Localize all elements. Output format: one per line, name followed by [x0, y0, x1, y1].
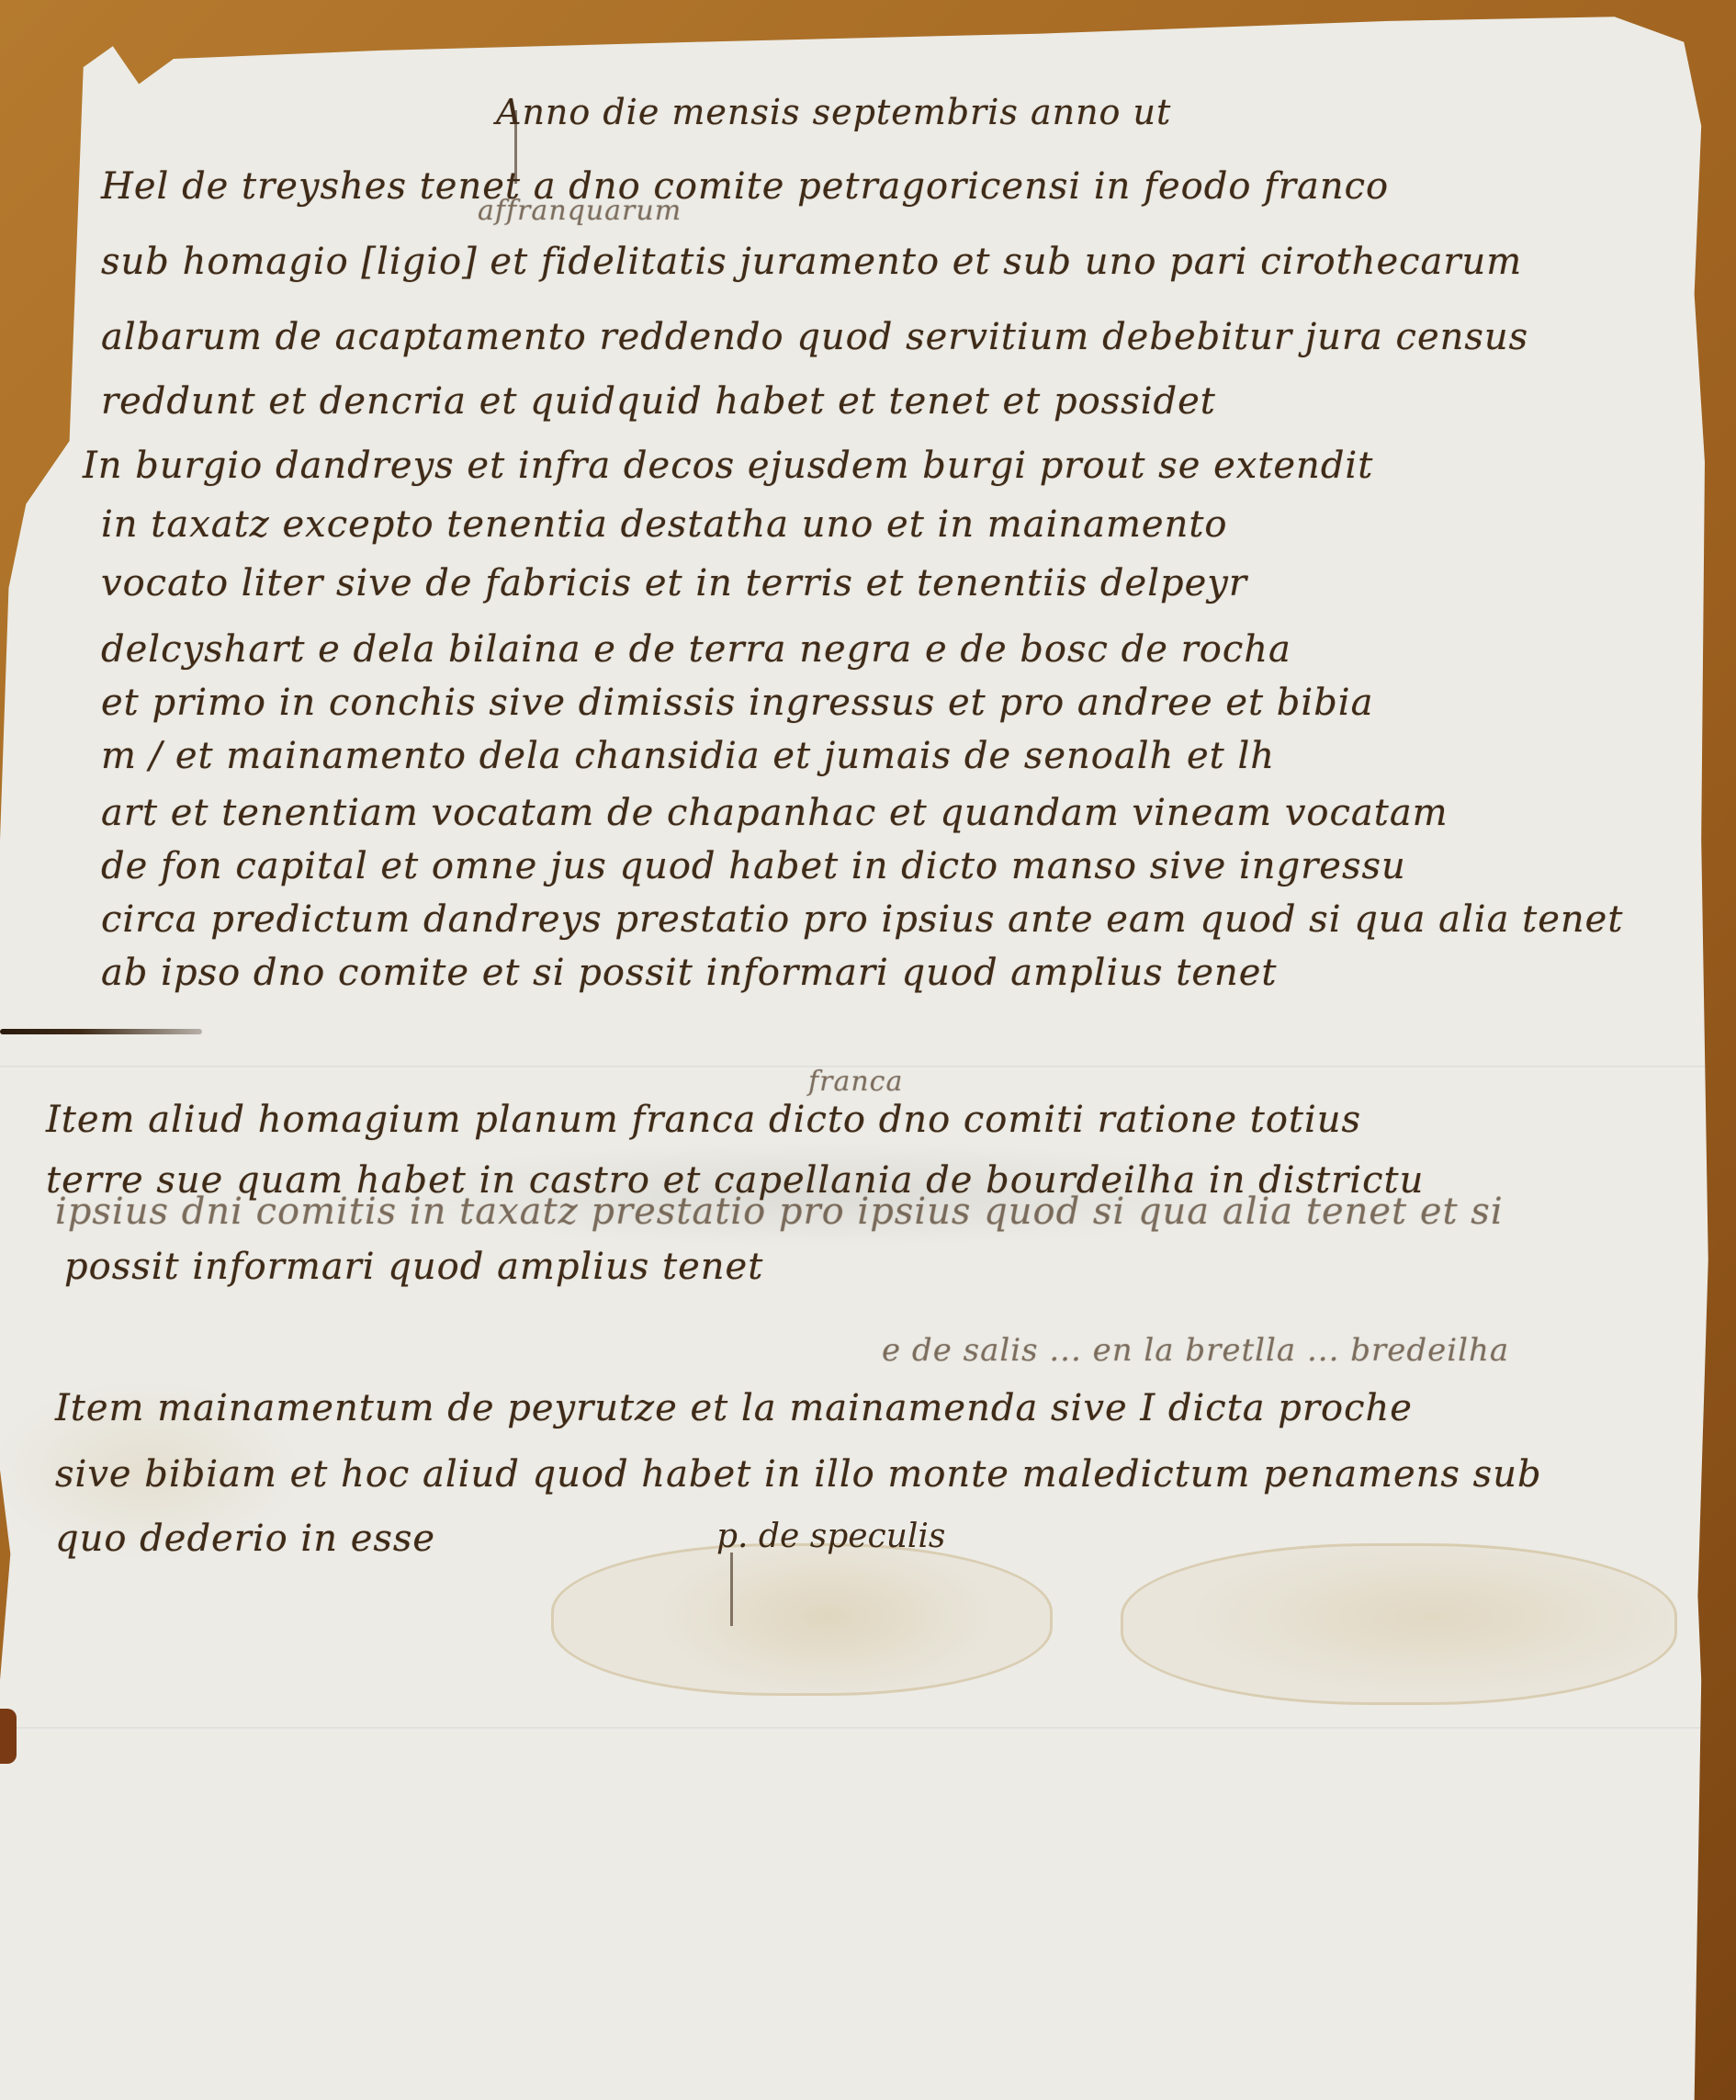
text-line: possit informari quod amplius tenet: [64, 1246, 763, 1288]
text-line: in taxatz excepto tenentia destatha uno …: [101, 503, 1228, 546]
text-line: Hel de treyshes tenet a dno comite petra…: [101, 165, 1389, 208]
heading-line: Anno die mensis septembris anno ut: [496, 92, 1171, 132]
text-line: et primo in conchis sive dimissis ingres…: [101, 682, 1373, 724]
text-line: de fon capital et omne jus quod habet in…: [101, 845, 1406, 887]
text-line: quo dederio in esse: [55, 1518, 435, 1560]
text-line: ab ipso dno comite et si possit informar…: [101, 952, 1278, 994]
text-line: Item aliud homagium planum franca dicto …: [46, 1099, 1361, 1141]
text-line: sive bibiam et hoc aliud quod habet in i…: [55, 1453, 1542, 1496]
text-line: sub homagio [ligio] et fidelitatis juram…: [101, 241, 1522, 283]
interlinear-addition: franca: [808, 1066, 903, 1098]
text-line: Item mainamentum de peyrutze et la maina…: [55, 1387, 1413, 1429]
text-line: delcyshart e dela bilaina e de terra neg…: [101, 628, 1291, 671]
section-divider: [0, 1029, 202, 1034]
text-line: circa predictum dandreys prestatio pro i…: [101, 898, 1623, 941]
text-line: In burgio dandreys et infra decos ejusde…: [83, 445, 1373, 487]
text-line: albarum de acaptamento reddendo quod ser…: [101, 316, 1528, 358]
text-line: m / et mainamento dela chansidia et juma…: [101, 735, 1275, 777]
text-line: art et tenentiam vocatam de chapanhac et…: [101, 792, 1449, 834]
notary-signature: p. de speculis: [716, 1518, 945, 1555]
text-line: reddunt et dencria et quidquid habet et …: [101, 380, 1216, 423]
signature-descender: [730, 1552, 733, 1626]
text-line: vocato liter sive de fabricis et in terr…: [101, 562, 1247, 604]
text-line: ipsius dni comitis in taxatz prestatio p…: [55, 1191, 1504, 1233]
faint-overwritten-text: e de salis ... en la bretlla ... bredeil…: [882, 1332, 1509, 1369]
manuscript-text: Anno die mensis septembris anno ut affra…: [0, 0, 1736, 2100]
